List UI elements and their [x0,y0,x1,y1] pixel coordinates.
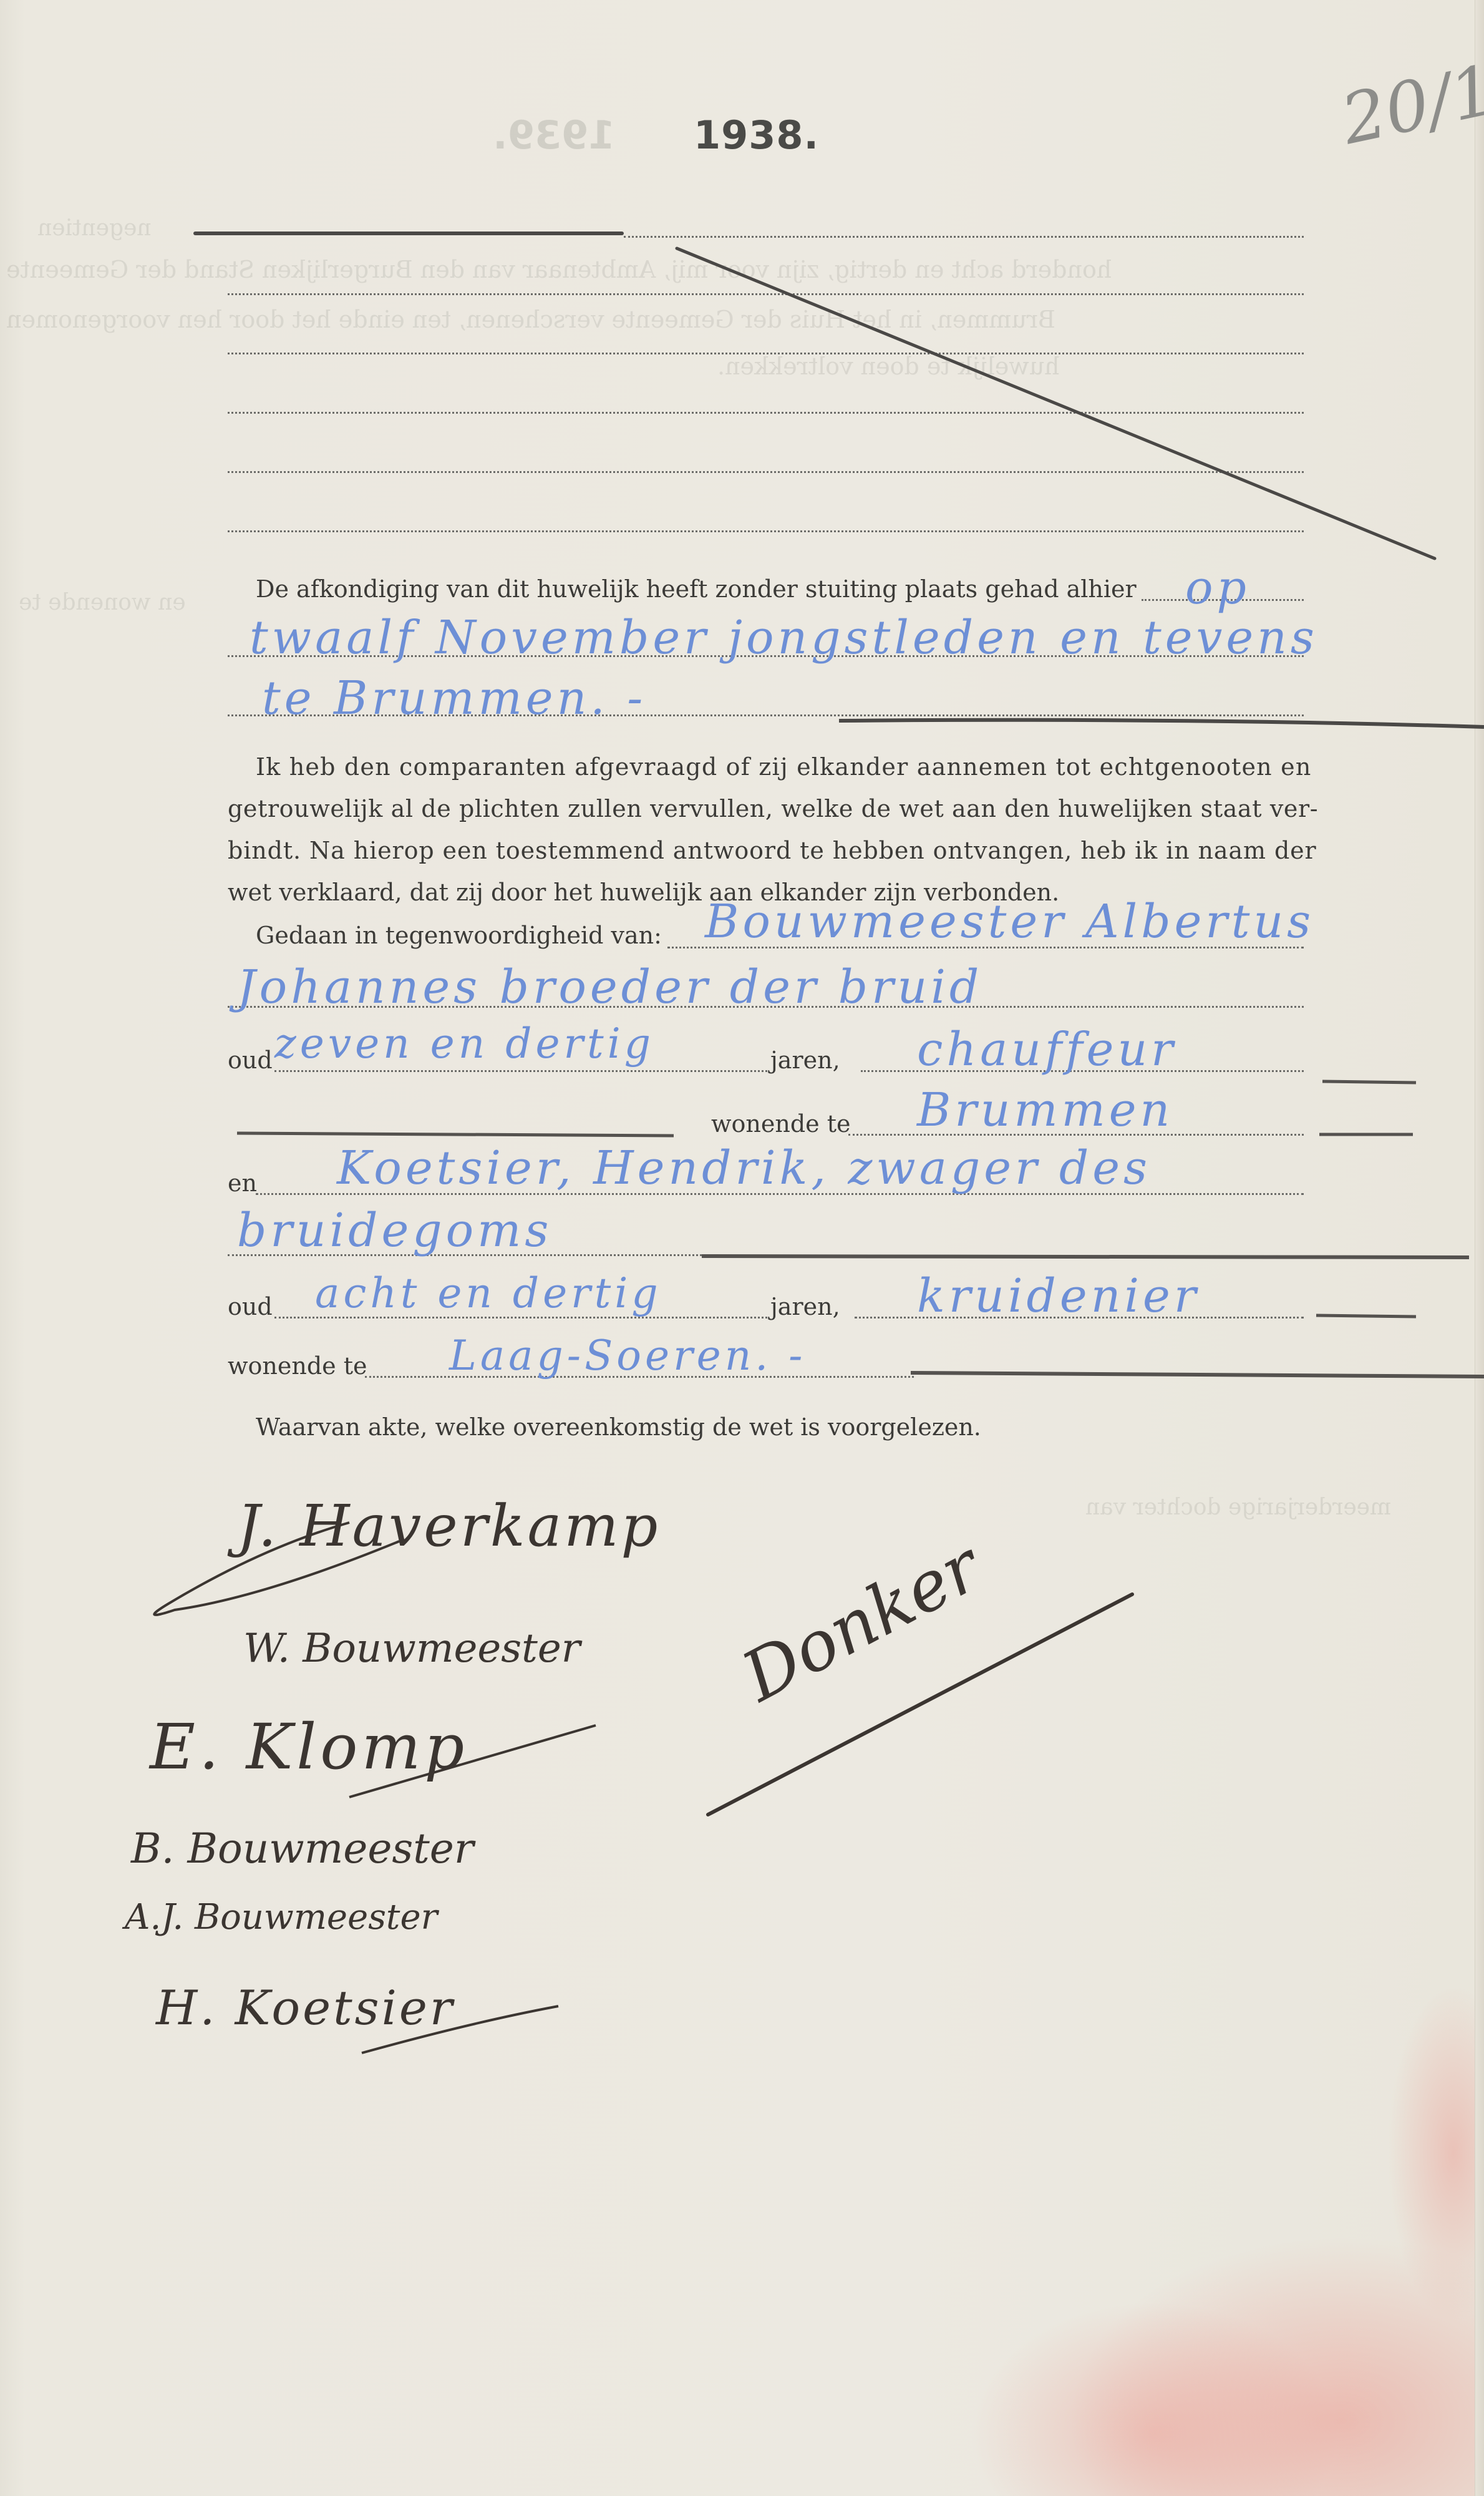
declaration-text: Ik heb den comparanten afgevraagd of zij… [256,755,1312,779]
years-label: jaren, [770,1048,840,1072]
witness1-age: zeven en dertig [274,1023,654,1065]
declaration-text: bindt. Na hierop een toestemmend antwoor… [228,839,1317,862]
witness1-name: Bouwmeester Albertus [705,899,1314,945]
signature: H. Koetsier [156,1984,455,2032]
signature: B. Bouwmeester [131,1828,473,1870]
witness2-residence: Laag-Soeren. - [449,1335,806,1377]
signature: A.J. Bouwmeester [125,1900,437,1935]
age-label: oud [228,1048,273,1072]
witness2-occupation: kruidenier [917,1273,1200,1319]
years-label: jaren, [770,1295,840,1319]
witnesses-label: Gedaan in tegenwoordigheid van: [256,924,662,947]
witness1-name: Johannes broeder der bruid [237,964,982,1010]
declaration-text: getrouwelijk al de plichten zullen vervu… [228,797,1318,821]
closing-statement: Waarvan akte, welke overeenkomstig de we… [256,1415,981,1439]
proclamation-value: twaalf November jongstleden en tevens [250,615,1318,661]
signature: E. Klomp [150,1716,468,1778]
connector-label: en [228,1171,257,1195]
witness2-name: bruidegoms [237,1207,552,1254]
residence-label: wonende te [228,1354,367,1378]
signature: W. Bouwmeester [243,1629,580,1669]
age-label: oud [228,1295,273,1319]
witness1-age-field[interactable] [274,1070,767,1072]
witness1-occupation: chauffeur [917,1026,1176,1073]
cancel-strokes [0,0,1484,2496]
proclamation-value: te Brummen. - [262,675,646,721]
residence-label: wonende te [711,1112,851,1136]
witness2-age: acht en dertig [315,1273,662,1314]
proclamation-value: op [1185,565,1250,611]
witness2-name: Koetsier, Hendrik, zwager des [337,1145,1151,1191]
witness1-residence: Brummen [917,1087,1173,1133]
signature: J. Haverkamp [237,1498,660,1555]
proclamation-label: De afkondiging van dit huwelijk heeft zo… [256,577,1137,601]
